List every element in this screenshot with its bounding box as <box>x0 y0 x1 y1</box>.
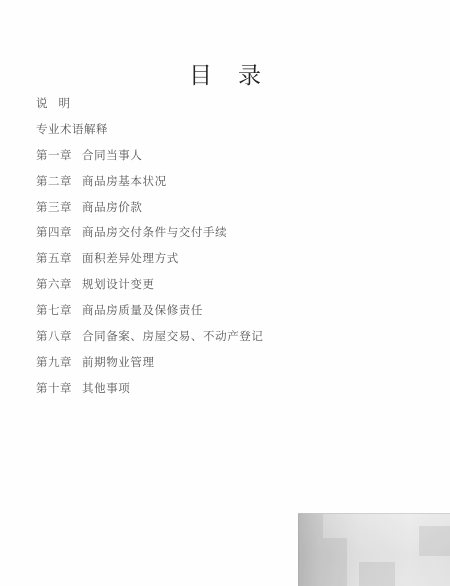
toc-item-explanation: 说明 <box>36 94 264 120</box>
chapter-number: 第六章 <box>36 275 82 293</box>
watermark-block <box>323 538 347 586</box>
toc-item-chapter-8: 第八章 合同备案、房屋交易、不动产登记 <box>36 327 264 353</box>
chapter-title: 面积差异处理方式 <box>82 249 179 267</box>
toc-item-label: 专业术语解释 <box>36 120 108 138</box>
chapter-number: 第七章 <box>36 301 82 319</box>
toc-item-chapter-7: 第七章 商品房质量及保修责任 <box>36 301 264 327</box>
toc-item-chapter-9: 第九章 前期物业管理 <box>36 353 264 379</box>
chapter-title: 合同备案、房屋交易、不动产登记 <box>82 327 264 345</box>
chapter-number: 第九章 <box>36 353 82 371</box>
chapter-title: 商品房质量及保修责任 <box>82 301 203 319</box>
toc-item-label: 说明 <box>36 94 81 112</box>
toc-item-chapter-6: 第六章 规划设计变更 <box>36 275 264 301</box>
watermark-block <box>419 526 450 556</box>
chapter-number: 第八章 <box>36 327 82 345</box>
chapter-number: 第一章 <box>36 146 82 164</box>
chapter-number: 第十章 <box>36 379 82 397</box>
watermark-block <box>299 514 323 586</box>
toc-title: 目录 <box>0 62 450 90</box>
chapter-number: 第二章 <box>36 172 82 190</box>
table-of-contents: 说明 专业术语解释 第一章 合同当事人 第二章 商品房基本状况 第三章 商品房价… <box>36 94 264 405</box>
pixelated-watermark <box>298 513 450 586</box>
toc-item-chapter-4: 第四章 商品房交付条件与交付手续 <box>36 223 264 249</box>
chapter-title: 合同当事人 <box>82 146 143 164</box>
chapter-title: 商品房交付条件与交付手续 <box>82 223 227 241</box>
watermark-block <box>359 562 395 586</box>
toc-item-chapter-1: 第一章 合同当事人 <box>36 146 264 172</box>
toc-item-chapter-3: 第三章 商品房价款 <box>36 198 264 224</box>
chapter-title: 前期物业管理 <box>82 353 155 371</box>
chapter-number: 第五章 <box>36 249 82 267</box>
document-page: 目录 说明 专业术语解释 第一章 合同当事人 第二章 商品房基本状况 第三章 商… <box>0 0 450 586</box>
chapter-number: 第三章 <box>36 198 82 216</box>
toc-item-chapter-10: 第十章 其他事项 <box>36 379 264 405</box>
toc-item-chapter-2: 第二章 商品房基本状况 <box>36 172 264 198</box>
chapter-title: 规划设计变更 <box>82 275 155 293</box>
chapter-number: 第四章 <box>36 223 82 241</box>
chapter-title: 商品房基本状况 <box>82 172 167 190</box>
chapter-title: 商品房价款 <box>82 198 143 216</box>
chapter-title: 其他事项 <box>82 379 130 397</box>
toc-item-terminology: 专业术语解释 <box>36 120 264 146</box>
toc-item-chapter-5: 第五章 面积差异处理方式 <box>36 249 264 275</box>
